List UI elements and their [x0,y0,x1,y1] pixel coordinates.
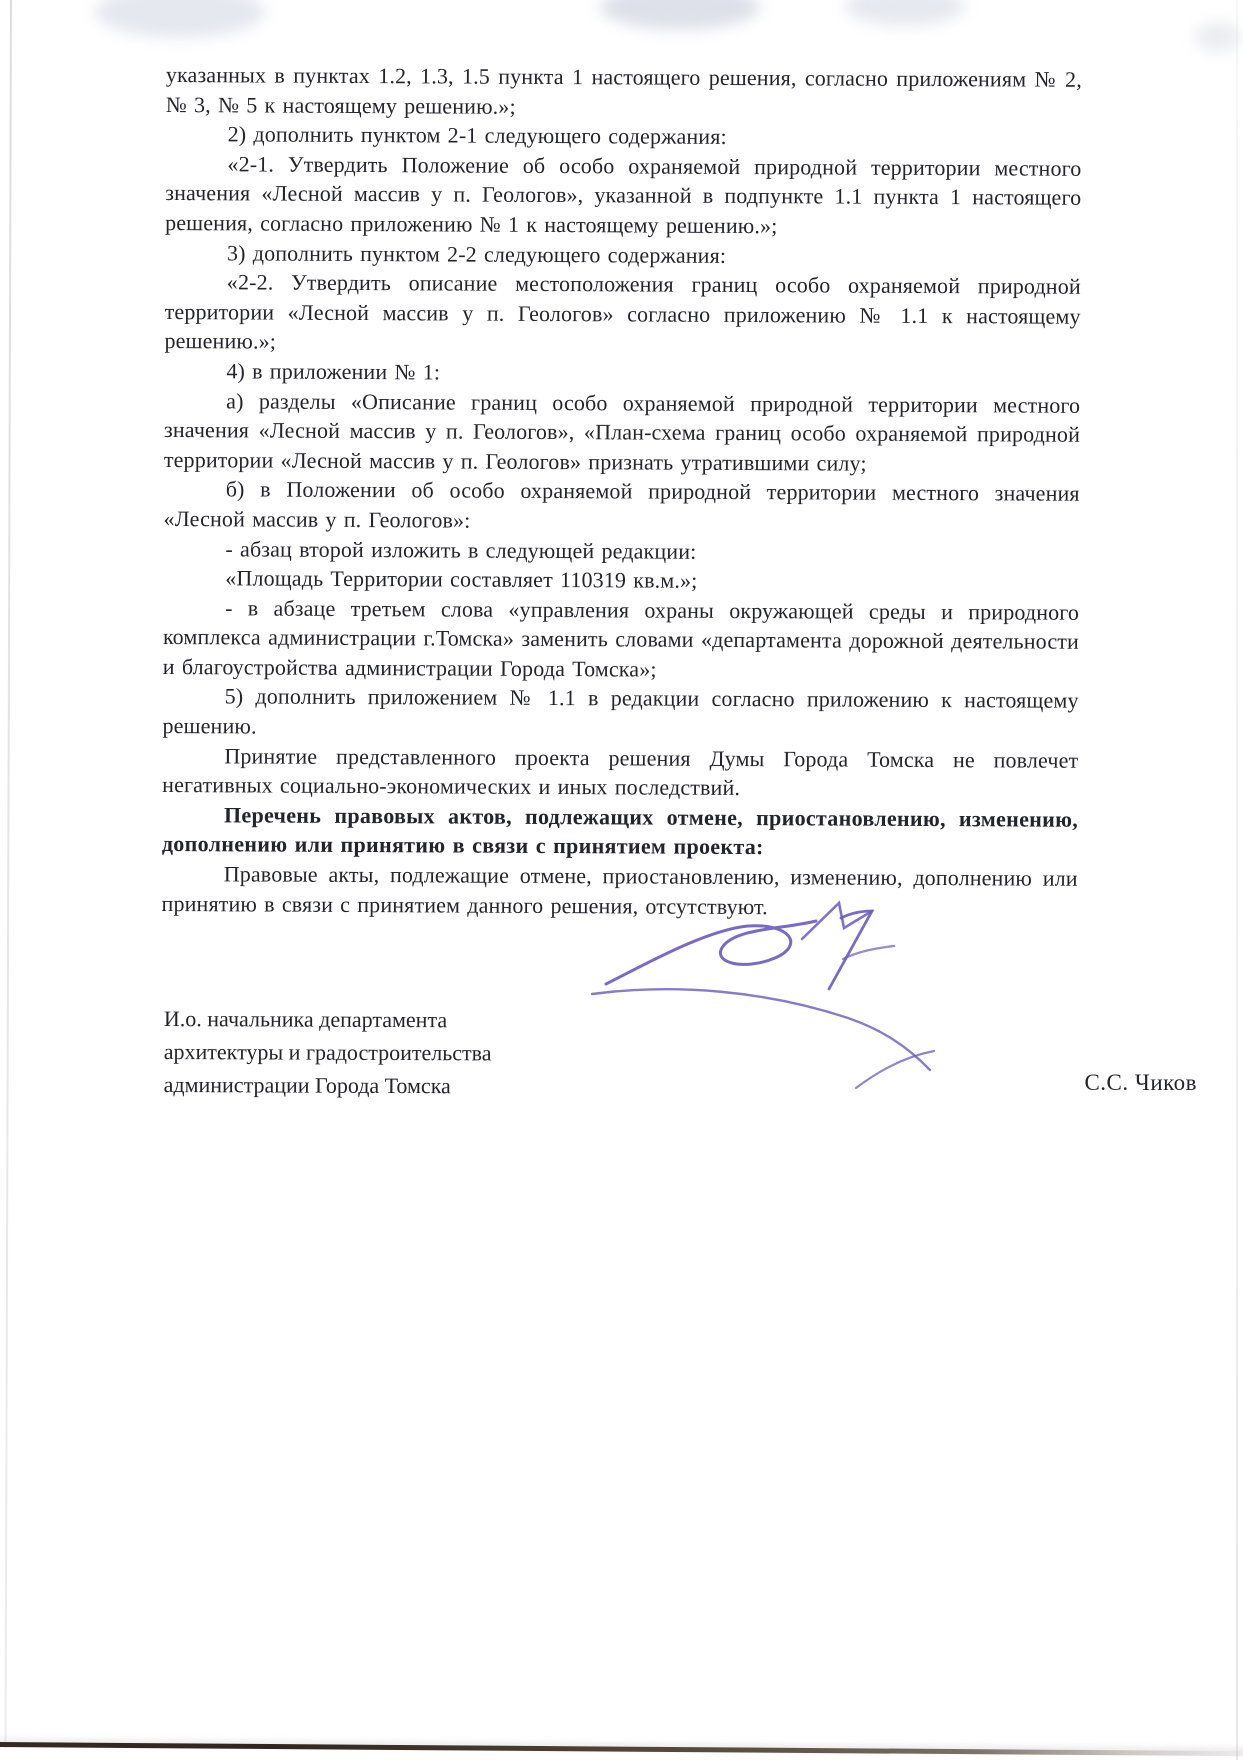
paragraph: 3) дополнить пунктом 2-2 следующего соде… [165,238,1081,272]
scan-left-edge-line [5,0,12,1748]
signoff-position-line: администрации Города Томска [164,1068,594,1103]
handwritten-signature [588,882,950,1100]
paragraph-heading-legal-acts: Перечень правовых актов, подлежащих отме… [162,800,1078,864]
scan-smudge [845,0,965,26]
scan-smudge [95,0,265,38]
signoff-position-line: архитектуры и градостроительства [164,1035,594,1070]
paragraph: указанных в пунктах 1.2, 1.3, 1.5 пункта… [166,60,1082,124]
signoff-position-line: И.о. начальника департамента [164,1002,594,1037]
paragraph: - абзац второй изложить в следующей реда… [163,533,1079,567]
scan-smudge [600,0,760,30]
paragraph: «Площадь Территории составляет 110319 кв… [163,563,1079,597]
paragraph: - в абзаце третьем слова «управления охр… [163,593,1079,687]
paragraph: 2) дополнить пунктом 2-1 следующего соде… [166,119,1082,153]
paragraph: б) в Положении об особо охраняемой приро… [164,474,1080,538]
document-body: указанных в пунктах 1.2, 1.3, 1.5 пункта… [162,60,1082,923]
scan-smudge [1195,22,1241,52]
scan-right-edge-line [1236,0,1238,1760]
paragraph: 5) дополнить приложением № 1.1 в редакци… [162,681,1078,745]
paragraph: Принятие представленного проекта решения… [162,741,1078,805]
signoff-position-block: И.о. начальника департамента архитектуры… [164,1002,594,1103]
paragraph: «2-2. Утвердить описание местоположения … [164,267,1080,361]
paragraph: а) разделы «Описание границ особо охраня… [164,386,1080,480]
paragraph: «2-1. Утвердить Положение об особо охран… [165,149,1081,243]
paragraph: 4) в приложении № 1: [164,356,1080,390]
scanned-document-page: указанных в пунктах 1.2, 1.3, 1.5 пункта… [0,0,1243,1760]
signer-name: С.С. Чиков [1084,1070,1197,1096]
scan-bottom-paper-edge [0,1742,1243,1756]
